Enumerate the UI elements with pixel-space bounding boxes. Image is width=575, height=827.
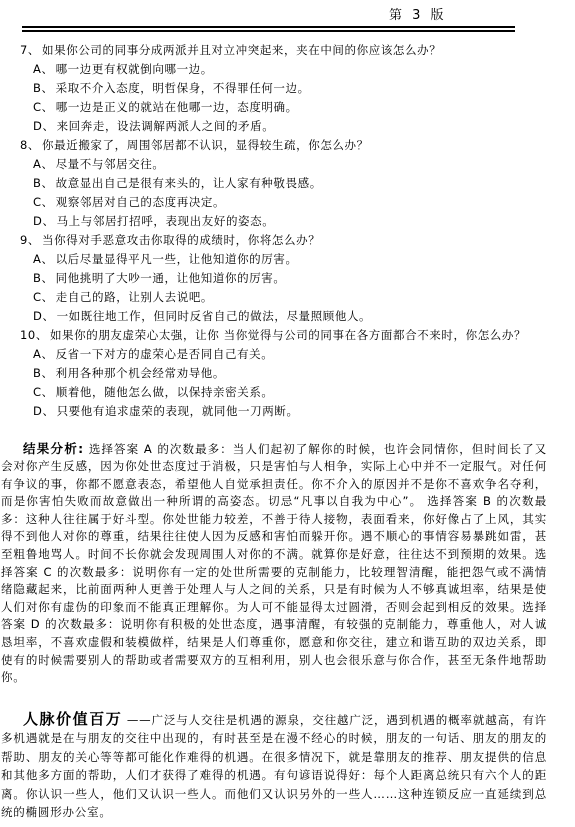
option-text: 反省一下对方的虚荣心是否同自己有关。 [56, 347, 274, 361]
option-b: B、采取不介入态度，明哲保身，不得罪任何一边。 [0, 79, 552, 98]
question-7: 7、如果你公司的同事分成两派并且对立冲突起来，夹在中间的你应该怎么办？ A、哪一… [0, 41, 552, 136]
question-text: 如果你的朋友虚荣心太强，让你 当你觉得与公司的同事在各方面都合不来时，你怎么办？ [50, 328, 526, 342]
question-title: 7、如果你公司的同事分成两派并且对立冲突起来，夹在中间的你应该怎么办？ [0, 41, 552, 60]
option-label: C、 [33, 290, 56, 304]
option-label: B、 [33, 271, 56, 285]
option-a: A、反省一下对方的虚荣心是否同自己有关。 [0, 345, 552, 364]
option-text: 观察邻居对自己的态度再决定。 [56, 195, 225, 209]
option-c: C、观察邻居对自己的态度再决定。 [0, 193, 552, 212]
option-text: 利用各种那个机会经常劝导他。 [56, 366, 225, 380]
network-value-paragraph: 人脉价值百万 ——广泛与人交往是机遇的源泉，交往越广泛，遇到机遇的概率就越高，有… [1, 710, 547, 823]
option-text: 马上与邻居打招呼，表现出友好的姿态。 [57, 214, 275, 228]
network-value-body: ——广泛与人交往是机遇的源泉，交往越广泛，遇到机遇的概率就越高，有许多机遇就是在… [1, 713, 547, 820]
results-analysis-paragraph: 结果分析: 选择答案 A 的次数最多：当人们起初了解你的时候，也许会同情你，但时… [1, 440, 547, 687]
question-8: 8、你最近搬家了，周围邻居都不认识，显得较生疏，你怎么办？ A、尽量不与邻居交往… [0, 136, 552, 231]
question-title: 8、你最近搬家了，周围邻居都不认识，显得较生疏，你怎么办？ [0, 136, 552, 155]
option-a: A、哪一边更有权就倒向哪一边。 [0, 60, 552, 79]
option-label: C、 [33, 385, 56, 399]
option-text: 一如既往地工作，但同时反省自己的做法，尽量照顾他人。 [57, 309, 372, 323]
option-label: B、 [33, 81, 56, 95]
option-label: C、 [33, 100, 56, 114]
question-title: 10、如果你的朋友虚荣心太强，让你 当你觉得与公司的同事在各方面都合不来时，你怎… [0, 326, 552, 345]
option-text: 哪一边是正义的就站在他哪一边，态度明确。 [56, 100, 298, 114]
option-text: 同他挑明了大吵一通，让他知道你的厉害。 [56, 271, 286, 285]
question-text: 如果你公司的同事分成两派并且对立冲突起来，夹在中间的你应该怎么办？ [42, 43, 441, 57]
option-label: A、 [33, 157, 56, 171]
option-b: B、同他挑明了大吵一通，让他知道你的厉害。 [0, 269, 552, 288]
page-edition: 第 3 版 [389, 4, 447, 23]
option-c: C、哪一边是正义的就站在他哪一边，态度明确。 [0, 98, 552, 117]
option-label: D、 [33, 119, 57, 133]
option-d: D、来回奔走，设法调解两派人之间的矛盾。 [0, 117, 552, 136]
question-list: 7、如果你公司的同事分成两派并且对立冲突起来，夹在中间的你应该怎么办？ A、哪一… [0, 41, 552, 421]
option-text: 只要他有追求虚荣的表现，就同他一刀两断。 [57, 404, 299, 418]
option-label: D、 [33, 309, 57, 323]
option-label: A、 [33, 62, 56, 76]
question-number: 8、 [20, 138, 42, 152]
document-page: 第 3 版 7、如果你公司的同事分成两派并且对立冲突起来，夹在中间的你应该怎么办… [0, 0, 575, 827]
option-b: B、利用各种那个机会经常劝导他。 [0, 364, 552, 383]
option-b: B、故意显出自己是很有来头的，让人家有种敬畏感。 [0, 174, 552, 193]
option-text: 走自己的路，让别人去说吧。 [56, 290, 213, 304]
header-double-rule [22, 26, 515, 32]
question-number: 9、 [20, 233, 42, 247]
option-a: A、以后尽量显得平凡一些，让他知道你的厉害。 [0, 250, 552, 269]
option-label: D、 [33, 404, 57, 418]
question-text: 你最近搬家了，周围邻居都不认识，显得较生疏，你怎么办？ [42, 138, 369, 152]
option-text: 来回奔走，设法调解两派人之间的矛盾。 [57, 119, 275, 133]
option-label: C、 [33, 195, 56, 209]
option-d: D、只要他有追求虚荣的表现，就同他一刀两断。 [0, 402, 552, 421]
option-a: A、尽量不与邻居交往。 [0, 155, 552, 174]
option-text: 哪一边更有权就倒向哪一边。 [56, 62, 213, 76]
question-text: 当你得对手恶意攻击你取得的成绩时，你将怎么办？ [42, 233, 320, 247]
option-text: 采取不介入态度，明哲保身，不得罪任何一边。 [56, 81, 310, 95]
option-text: 尽量不与邻居交往。 [56, 157, 165, 171]
question-10: 10、如果你的朋友虚荣心太强，让你 当你觉得与公司的同事在各方面都合不来时，你怎… [0, 326, 552, 421]
option-text: 故意显出自己是很有来头的，让人家有种敬畏感。 [56, 176, 322, 190]
option-c: C、顺着他，随他怎么做，以保持亲密关系。 [0, 383, 552, 402]
results-analysis-body: 选择答案 A 的次数最多：当人们起初了解你的时候，也许会同情你，但时间长了又会对… [1, 442, 547, 685]
network-value-title: 人脉价值百万 [23, 710, 122, 728]
option-label: A、 [33, 347, 56, 361]
option-label: B、 [33, 176, 56, 190]
option-label: D、 [33, 214, 57, 228]
option-label: A、 [33, 252, 56, 266]
option-d: D、一如既往地工作，但同时反省自己的做法，尽量照顾他人。 [0, 307, 552, 326]
option-label: B、 [33, 366, 56, 380]
option-d: D、马上与邻居打招呼，表现出友好的姿态。 [0, 212, 552, 231]
question-number: 10、 [20, 328, 50, 342]
question-number: 7、 [20, 43, 42, 57]
question-9: 9、当你得对手恶意攻击你取得的成绩时，你将怎么办？ A、以后尽量显得平凡一些，让… [0, 231, 552, 326]
question-title: 9、当你得对手恶意攻击你取得的成绩时，你将怎么办？ [0, 231, 552, 250]
option-text: 顺着他，随他怎么做，以保持亲密关系。 [56, 385, 274, 399]
results-analysis-label: 结果分析: [23, 441, 84, 456]
option-text: 以后尽量显得平凡一些，让他知道你的厉害。 [56, 252, 298, 266]
option-c: C、走自己的路，让别人去说吧。 [0, 288, 552, 307]
